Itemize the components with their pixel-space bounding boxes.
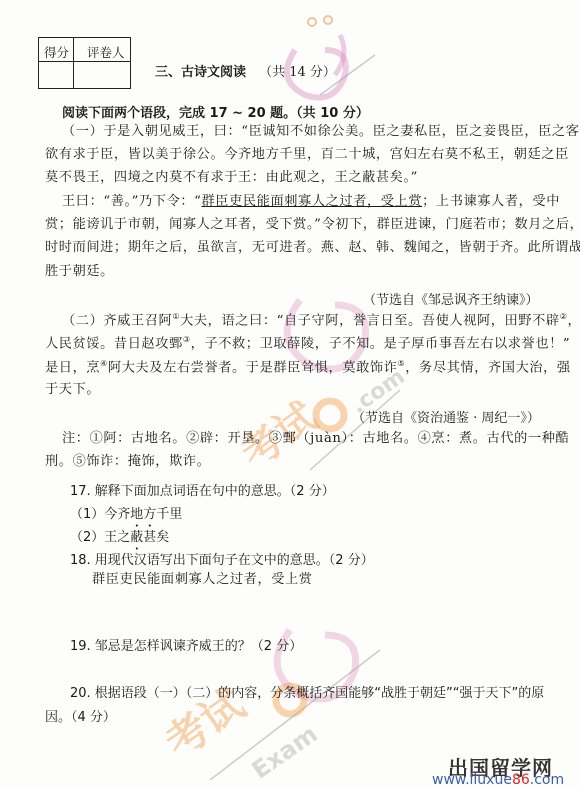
table-divider-vertical bbox=[73, 38, 74, 88]
question-20-line2: 因。（4 分） bbox=[45, 706, 116, 725]
passage1-line: （一）于是入朝见威王，曰：“臣诚知不如徐公美。臣之妻私臣，臣之妾畏臣，臣之客 bbox=[62, 125, 579, 138]
passage2-text: 大夫，语之曰：“自子守阿，誉言日至。吾使人视阿，田野不辟 bbox=[180, 313, 560, 328]
footnote-mark: ③ bbox=[183, 335, 191, 344]
dotted-word: 地 bbox=[130, 507, 143, 522]
passage1-text: 王曰：“善。”乃下令：“ bbox=[62, 194, 202, 209]
question-19: 19. 邹忌是怎样讽谏齐威王的？（2 分） bbox=[70, 635, 302, 654]
notes-line: 注：①阿：古地名。②辟：开垦。③鄄（juàn）：古地名。④烹：煮。古代的一种酷 bbox=[62, 432, 569, 445]
item-text: 千里 bbox=[156, 507, 182, 522]
footnote-mark: ① bbox=[172, 312, 180, 321]
passage1-line: 时时而间进；期年之后，虽欲言，无可进者。燕、赵、韩、魏闻之，皆朝于齐。此所谓战 bbox=[45, 241, 580, 254]
svg-text:Exam: Exam bbox=[247, 720, 323, 780]
question-17: 17. 解释下面加点词语在句中的意思。（2 分） bbox=[70, 480, 335, 499]
passage2-line: 人民贫馁。昔日赵攻鄄③，子不救；卫取薛陵，子不知。是子厚币事吾左右以求誉也！” bbox=[45, 336, 570, 351]
passage1-line: 赏；能谤讥于市朝，闻寡人之耳者，受下赏。”令初下，群臣进谏，门庭若市；数月之后， bbox=[45, 218, 580, 231]
passage1-line: 胜于朝廷。 bbox=[45, 265, 114, 278]
passage1-text: ；上书谏寡人者，受中 bbox=[422, 194, 560, 209]
table-divider-horizontal bbox=[39, 61, 130, 62]
dotted-word: 蔽 bbox=[130, 530, 143, 545]
watermark-logo-middle: 考试 .com bbox=[210, 280, 410, 480]
passage1-line: 莫不畏王，四境之内莫不有求于王：由此观之，王之蔽甚矣。” bbox=[45, 171, 418, 184]
instruction: 阅读下面两个语段，完成 17 ~ 20 题。（共 10 分） bbox=[62, 102, 369, 121]
passage1-source: （节选自《邹忌讽齐王纳谏》） bbox=[363, 289, 539, 308]
underlined-sentence: 群臣吏民能面刺寡人之过者，受上赏 bbox=[202, 194, 423, 209]
notes-line: 刑。⑤饰诈：掩饰，欺诈。 bbox=[45, 455, 210, 468]
question-17-item-1: （1）今齐地方千里 bbox=[70, 503, 182, 522]
passage2-text: 人民贫馁。昔日赵攻鄄 bbox=[45, 336, 183, 351]
passage2-line: 于天下。 bbox=[45, 383, 100, 396]
item-text: 甚矣 bbox=[143, 530, 169, 545]
passage2-text: ，务尽其情，齐国大治，强 bbox=[405, 360, 570, 375]
passage2-line: （二）齐威王召阿①大夫，语之曰：“自子守阿，誉言日至。吾使人视阿，田野不辟②， bbox=[62, 313, 580, 328]
score-table: 得分 评卷人 bbox=[38, 37, 131, 89]
item-text: （2）王之 bbox=[70, 530, 130, 545]
passage2-source: （节选自《资治通鉴 · 周纪一》） bbox=[352, 407, 540, 426]
url-number: 86 bbox=[512, 772, 530, 788]
passage2-text: ， bbox=[567, 313, 580, 328]
section-score: （共 14 分） bbox=[259, 65, 336, 80]
passage1-line: 王曰：“善。”乃下令：“群臣吏民能面刺寡人之过者，受上赏；上书谏寡人者，受中 bbox=[62, 195, 560, 208]
footnote-mark: ④ bbox=[100, 359, 108, 368]
passage1-line: 欲有求于臣，皆以美于徐公。今齐地方千里，百二十城，宫妇左右莫不私王，朝廷之臣 bbox=[45, 148, 569, 161]
url-suffix: .com bbox=[530, 772, 564, 788]
section-title: 三、古诗文阅读 bbox=[155, 65, 246, 80]
url-prefix: www.liuxue bbox=[432, 772, 512, 788]
dotted-word: 方 bbox=[143, 507, 156, 522]
passage2-line: 是日，烹④阿大夫及左右尝誉者。于是群臣耸惧，莫敢饰诈⑤，务尽其情，齐国大治，强 bbox=[45, 360, 571, 375]
score-header: 得分 bbox=[44, 43, 69, 61]
passage2-text: ，子不救；卫取薛陵，子不知。是子厚币事吾左右以求誉也！” bbox=[191, 336, 571, 351]
question-20-line1: 20. 根据语段（一）（二）的内容，分条概括齐国能够“战胜于朝廷”“强于天下”的… bbox=[70, 682, 544, 701]
item-text: （1）今齐 bbox=[70, 507, 130, 522]
section-heading: 三、古诗文阅读 （共 14 分） bbox=[155, 61, 336, 80]
question-18: 18. 用现代汉语写出下面句子在文中的意思。（2 分） bbox=[70, 549, 374, 568]
passage2-text: 是日，烹 bbox=[45, 360, 100, 375]
footer-url[interactable]: www.liuxue86.com bbox=[432, 772, 564, 788]
grader-header: 评卷人 bbox=[87, 43, 125, 61]
question-18-sentence: 群臣吏民能面刺寡人之过者，受上赏 bbox=[92, 573, 313, 586]
passage2-text: （二）齐威王召阿 bbox=[62, 313, 172, 328]
question-17-item-2: （2）王之蔽甚矣 bbox=[70, 526, 169, 545]
passage2-text: 阿大夫及左右尝誉者。于是群臣耸惧，莫敢饰诈 bbox=[108, 360, 398, 375]
